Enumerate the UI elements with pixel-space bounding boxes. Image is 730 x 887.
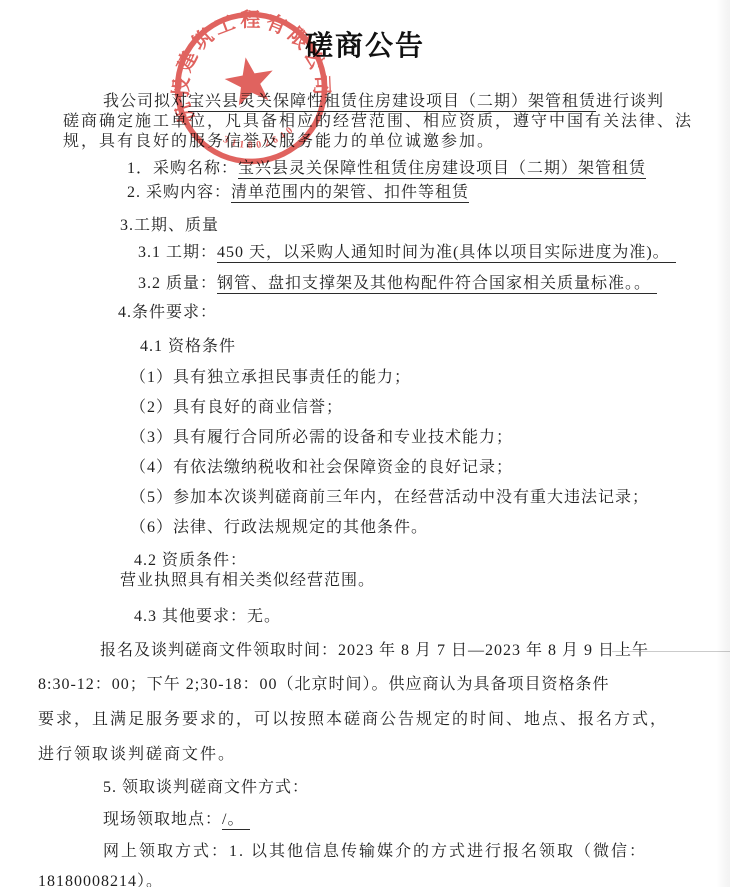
qualification-condition-1: （1）具有独立承担民事责任的能力；: [130, 368, 411, 388]
registration-time-line-3: 要求，且满足服务要求的，可以按照本磋商公告规定的时间、地点、报名方式，: [38, 710, 668, 730]
registration-time-line-1: 报名及谈判磋商文件领取时间：2023 年 8 月 7 日—2023 年 8 月 …: [100, 641, 649, 661]
item-4-2-credential-heading: 4.2 资质条件：: [134, 551, 247, 571]
wechat-number-line: 18180008214）。: [38, 872, 163, 887]
announcement-document-page: 磋商公告 我公司拟对宝兴县灵关保障性租赁住房建设项目（二期）架管租赁进行谈判 磋…: [0, 0, 730, 887]
online-pickup-method: 网上领取方式：1. 以其他信息传输媒介的方式进行报名领取（微信：: [103, 842, 647, 862]
section-5-heading: 5. 领取谈判磋商文件方式：: [103, 778, 309, 798]
registration-time-line-4: 进行领取谈判磋商文件。: [38, 745, 236, 765]
qualification-condition-3: （3）具有履行合同所必需的设备和专业技术能力；: [130, 428, 513, 448]
registration-time-line-2: 8:30-12：00；下午 2;30-18：00（北京时间）。供应商认为具备项目…: [38, 675, 610, 695]
item-3-1-duration: 3.1 工期：450 天，以采购人通知时间为准(具体以项目实际进度为准)。: [138, 243, 676, 263]
item-3-2-quality: 3.2 质量：钢管、盘扣支撑架及其他构配件符合国家相关质量标准。。: [138, 274, 657, 294]
qualification-condition-2: （2）具有良好的商业信誉；: [130, 398, 343, 418]
item-4-3-other-requirements: 4.3 其他要求：无。: [134, 607, 281, 627]
page-edge-shading: [716, 0, 730, 887]
scan-artifact-line: [612, 651, 730, 652]
intro-paragraph-line-2: 磋商确定施工单位，凡具备相应的经营范围、相应资质，遵守中国有关法律、法: [63, 112, 693, 132]
credential-requirement: 营业执照具有相关类似经营范围。: [120, 571, 375, 591]
section-4-heading: 4.条件要求：: [118, 303, 217, 323]
intro-paragraph-line-1: 我公司拟对宝兴县灵关保障性租赁住房建设项目（二期）架管租赁进行谈判: [103, 92, 664, 112]
qualification-condition-6: （6）法律、行政法规规定的其他条件。: [130, 518, 428, 538]
section-3-heading: 3.工期、质量: [120, 216, 219, 236]
page-title: 磋商公告: [0, 24, 730, 64]
item-2-procurement-content: 2. 采购内容：清单范围内的架管、扣件等租赁: [127, 183, 469, 203]
item-1-procurement-name: 1．采购名称：宝兴县灵关保障性租赁住房建设项目（二期）架管租赁: [127, 159, 646, 179]
qualification-condition-5: （5）参加本次谈判磋商前三年内，在经营活动中没有重大违法记录；: [130, 488, 649, 508]
onsite-pickup-location: 现场领取地点：/。: [103, 810, 250, 830]
item-4-1-qualification-heading: 4.1 资格条件: [140, 337, 236, 357]
intro-paragraph-line-3: 规，具有良好的服务信誉及服务能力的单位诚邀参加。: [63, 132, 495, 152]
qualification-condition-4: （4）有依法缴纳税收和社会保障资金的良好记录；: [130, 458, 513, 478]
